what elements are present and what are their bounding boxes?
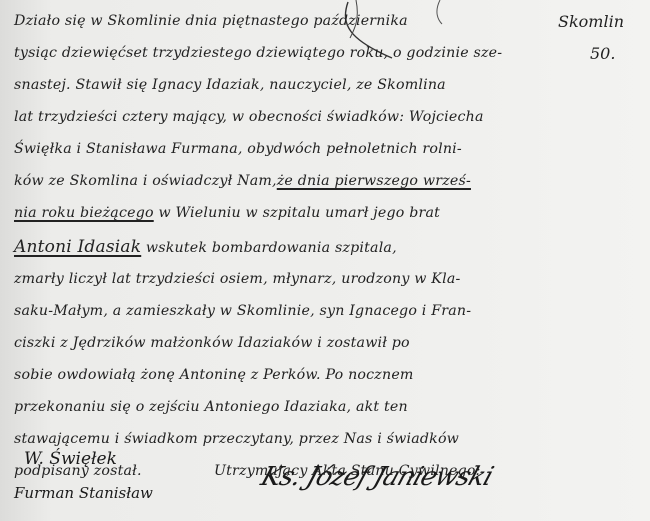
record-line: zmarły liczył lat trzydzieści osiem, mły…	[14, 271, 461, 287]
line-text: ków ze Skomlina i oświadczył Nam,	[14, 173, 277, 189]
record-line: sobie owdowiałą żonę Antoninę z Perków. …	[14, 367, 414, 383]
entry-number: 50.	[590, 44, 615, 63]
record-line: saku-Małym, a zamieszkały w Skomlinie, s…	[14, 303, 471, 319]
underlined-date: że dnia pierwszego wrześ-	[277, 173, 471, 189]
record-line: Święłka i Stanisława Furmana, obydwóch p…	[14, 141, 462, 157]
deceased-name: Antoni Idasiak	[14, 237, 141, 257]
record-line: Antoni Idasiak wskutek bombardowania szp…	[14, 237, 397, 257]
document-page: Działo się w Skomlinie dnia piętnastego …	[0, 0, 650, 521]
record-line: ków ze Skomlina i oświadczył Nam,że dnia…	[14, 173, 471, 189]
record-line: ciszki z Jędrzików małżonków Idaziaków i…	[14, 335, 410, 351]
line-text: w Wieluniu w szpitalu umarł jego brat	[154, 205, 440, 221]
underlined-date: nia roku bieżącego	[14, 205, 154, 221]
margin-place: Skomlin	[558, 12, 624, 31]
line-text: wskutek bombardowania szpitala,	[141, 240, 397, 256]
record-line: nia roku bieżącego w Wieluniu w szpitalu…	[14, 205, 440, 221]
registrar-signature: Ks. Józef Janiewski	[257, 462, 496, 492]
record-line: stawającemu i świadkom przeczytany, prze…	[14, 431, 459, 447]
record-line: snastej. Stawił się Ignacy Idaziak, nauc…	[14, 77, 446, 93]
witness-signature-2: Furman Stanisław	[14, 484, 153, 502]
record-line: przekonaniu się o zejściu Antoniego Idaz…	[14, 399, 408, 415]
witness-signature-1: W. Święłek	[24, 449, 117, 469]
record-line: tysiąc dziewięćset trzydziestego dziewią…	[14, 45, 502, 61]
record-line: Działo się w Skomlinie dnia piętnastego …	[14, 13, 408, 29]
record-line: lat trzydzieści cztery mający, w obecnoś…	[14, 109, 484, 125]
